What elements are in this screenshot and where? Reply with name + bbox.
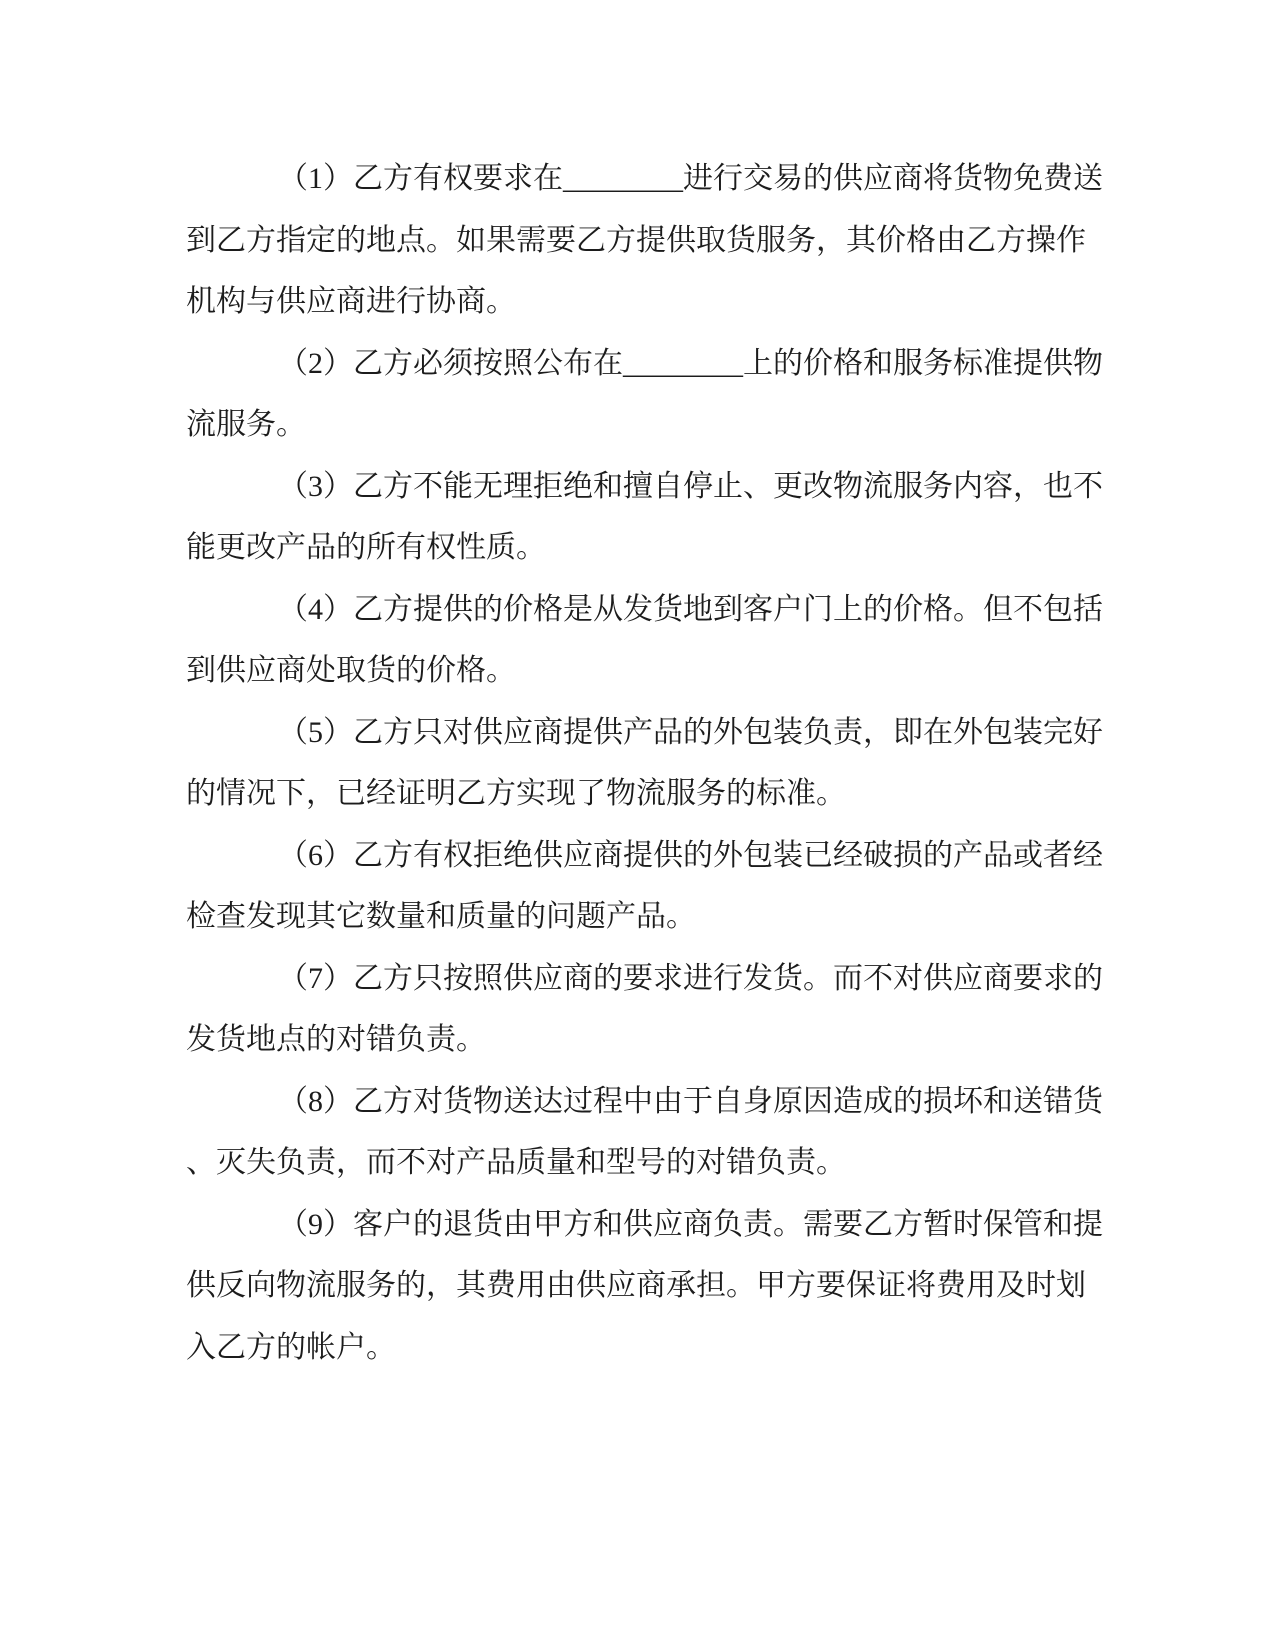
text-line: 流服务。: [186, 394, 1092, 456]
contract-clause-1: （1）乙方有权要求在________进行交易的供应商将货物免费送 到乙方指定的地…: [186, 148, 1092, 333]
text-line: （3）乙方不能无理拒绝和擅自停止、更改物流服务内容，也不: [186, 456, 1092, 518]
text-line: 入乙方的帐户。: [186, 1317, 1092, 1379]
contract-clause-8: （8）乙方对货物送达过程中由于自身原因造成的损坏和送错货 、灭失负责，而不对产品…: [186, 1071, 1092, 1194]
text-line: 发货地点的对错负责。: [186, 1009, 1092, 1071]
text-line: （4）乙方提供的价格是从发货地到客户门上的价格。但不包括: [186, 579, 1092, 641]
text-line: 能更改产品的所有权性质。: [186, 517, 1092, 579]
text-line: 到乙方指定的地点。如果需要乙方提供取货服务，其价格由乙方操作: [186, 210, 1092, 272]
contract-clause-5: （5）乙方只对供应商提供产品的外包装负责，即在外包装完好 的情况下，已经证明乙方…: [186, 702, 1092, 825]
text-line: （5）乙方只对供应商提供产品的外包装负责，即在外包装完好: [186, 702, 1092, 764]
text-line: （1）乙方有权要求在________进行交易的供应商将货物免费送: [186, 148, 1092, 210]
text-line: （7）乙方只按照供应商的要求进行发货。而不对供应商要求的: [186, 948, 1092, 1010]
text-line: 到供应商处取货的价格。: [186, 640, 1092, 702]
text-line: 供反向物流服务的，其费用由供应商承担。甲方要保证将费用及时划: [186, 1255, 1092, 1317]
contract-clause-6: （6）乙方有权拒绝供应商提供的外包装已经破损的产品或者经 检查发现其它数量和质量…: [186, 825, 1092, 948]
text-line: （6）乙方有权拒绝供应商提供的外包装已经破损的产品或者经: [186, 825, 1092, 887]
text-line: （9）客户的退货由甲方和供应商负责。需要乙方暂时保管和提: [186, 1194, 1092, 1256]
text-line: 检查发现其它数量和质量的问题产品。: [186, 886, 1092, 948]
text-line: 、灭失负责，而不对产品质量和型号的对错负责。: [186, 1132, 1092, 1194]
text-line: （2）乙方必须按照公布在________上的价格和服务标准提供物: [186, 333, 1092, 395]
text-line: 的情况下，已经证明乙方实现了物流服务的标准。: [186, 763, 1092, 825]
contract-clause-7: （7）乙方只按照供应商的要求进行发货。而不对供应商要求的 发货地点的对错负责。: [186, 948, 1092, 1071]
contract-clause-9: （9）客户的退货由甲方和供应商负责。需要乙方暂时保管和提 供反向物流服务的，其费…: [186, 1194, 1092, 1379]
contract-clause-3: （3）乙方不能无理拒绝和擅自停止、更改物流服务内容，也不 能更改产品的所有权性质…: [186, 456, 1092, 579]
text-line: （8）乙方对货物送达过程中由于自身原因造成的损坏和送错货: [186, 1071, 1092, 1133]
text-line: 机构与供应商进行协商。: [186, 271, 1092, 333]
contract-clause-4: （4）乙方提供的价格是从发货地到客户门上的价格。但不包括 到供应商处取货的价格。: [186, 579, 1092, 702]
contract-clause-2: （2）乙方必须按照公布在________上的价格和服务标准提供物 流服务。: [186, 333, 1092, 456]
contract-text-block: （1）乙方有权要求在________进行交易的供应商将货物免费送 到乙方指定的地…: [186, 148, 1092, 1378]
document-page: （1）乙方有权要求在________进行交易的供应商将货物免费送 到乙方指定的地…: [0, 0, 1275, 1650]
